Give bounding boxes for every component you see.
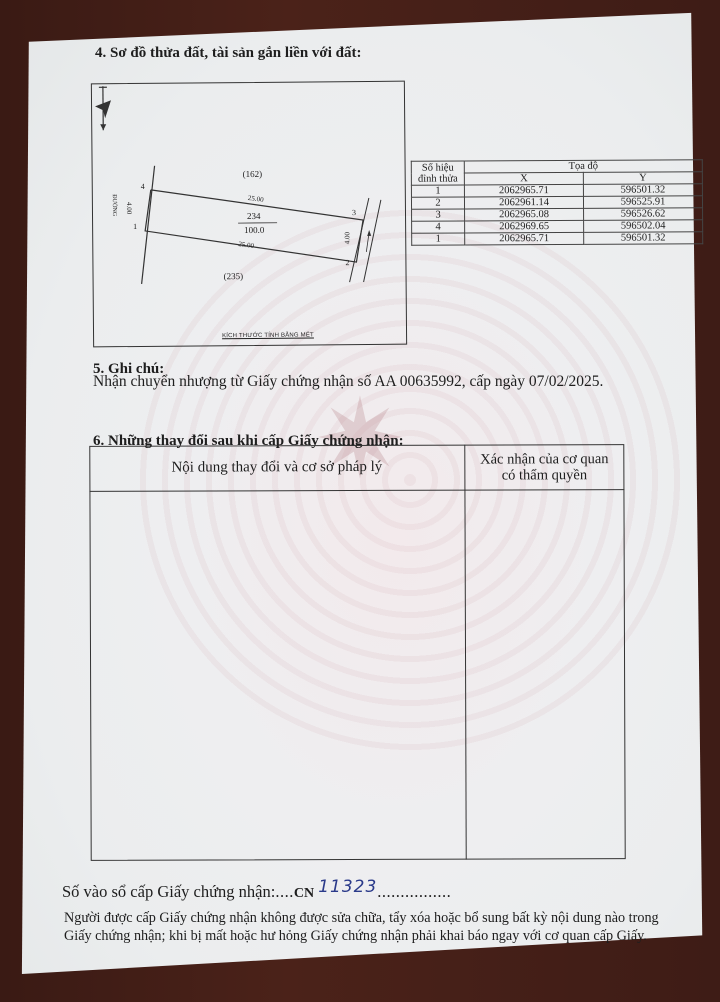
header-y: Y <box>583 172 702 185</box>
road-label: ĐƯỜNG <box>111 194 117 216</box>
table-row: 2 2062961.14 596525.91 <box>411 196 702 210</box>
cell-y: 596501.32 <box>584 232 703 245</box>
vertex-2: 2 <box>345 258 349 267</box>
header-change-content: Nội dung thay đổi và cơ sở pháp lý <box>89 445 464 491</box>
registration-line: Số vào sổ cấp Giấy chứng nhận:....CN 113… <box>62 882 451 902</box>
cell-vertex: 1 <box>411 185 464 197</box>
registration-prefix: CN <box>294 886 314 901</box>
cell-x: 2062969.65 <box>465 220 584 233</box>
section-4-title: 4. Sơ đồ thửa đất, tài sản gắn liền với … <box>95 45 362 62</box>
table-row: 3 2062965.08 596526.62 <box>412 208 703 222</box>
cell-vertex: 4 <box>412 221 465 233</box>
registration-label: Số vào sổ cấp Giấy chứng nhận: <box>62 882 275 901</box>
table-row: 4 2062969.65 596502.04 <box>412 220 703 234</box>
trailing-dots: ................ <box>377 882 451 901</box>
table-frame <box>89 444 625 861</box>
cell-vertex: 1 <box>412 233 465 245</box>
warning-text: Người được cấp Giấy chứng nhận không đượ… <box>64 909 664 945</box>
cell-vertex: 3 <box>412 209 465 221</box>
coordinate-table: Số hiệu đỉnh thửa Tọa độ X Y 1 2062965.7… <box>411 159 703 246</box>
cell-vertex: 2 <box>411 197 464 209</box>
parcel-number: 234 <box>247 211 261 221</box>
parcel-sketch: (162) (235) 25.00 25.00 234 100.0 4.00 4… <box>91 81 407 348</box>
cell-x: 2062965.08 <box>465 208 584 221</box>
cell-x: 2062965.71 <box>465 232 584 245</box>
vertex-4: 4 <box>141 182 145 191</box>
cell-x: 2062965.71 <box>464 184 583 197</box>
header-vertex: Số hiệu đỉnh thửa <box>411 161 464 185</box>
cell-x: 2062961.14 <box>464 196 583 209</box>
header-line-1: Xác nhận của cơ quan <box>480 451 609 467</box>
parcel-area: 100.0 <box>244 225 264 235</box>
north-arrow-icon <box>92 84 114 134</box>
cell-y: 596502.04 <box>584 220 703 233</box>
cell-y: 596525.91 <box>583 196 702 209</box>
vertex-3: 3 <box>352 208 356 217</box>
changes-table: Nội dung thay đổi và cơ sở pháp lý Xác n… <box>89 444 625 861</box>
scale-note: KÍCH THƯỚC TÍNH BẰNG MÉT <box>222 332 314 339</box>
cell-y: 596501.32 <box>583 184 702 197</box>
table-row: 1 2062965.71 596501.32 <box>411 184 702 198</box>
header-line-2: có thẩm quyền <box>502 467 587 483</box>
right-edge-length: 4.00 <box>343 232 351 244</box>
header-authority-confirmation: Xác nhận của cơ quan có thẩm quyền <box>464 444 624 490</box>
cell-y: 596526.62 <box>584 208 703 221</box>
bottom-neighbor-label: (235) <box>223 271 243 281</box>
vertex-1: 1 <box>133 222 137 231</box>
transfer-note: Nhận chuyển nhượng từ Giấy chứng nhận số… <box>93 373 603 391</box>
leading-dots: .... <box>275 882 294 901</box>
table-row: 1 2062965.71 596501.32 <box>412 232 703 246</box>
top-neighbor-label: (162) <box>243 169 263 179</box>
header-x: X <box>464 172 583 185</box>
left-edge-length: 4.00 <box>125 202 133 214</box>
handwritten-number: 11323 <box>318 877 377 897</box>
